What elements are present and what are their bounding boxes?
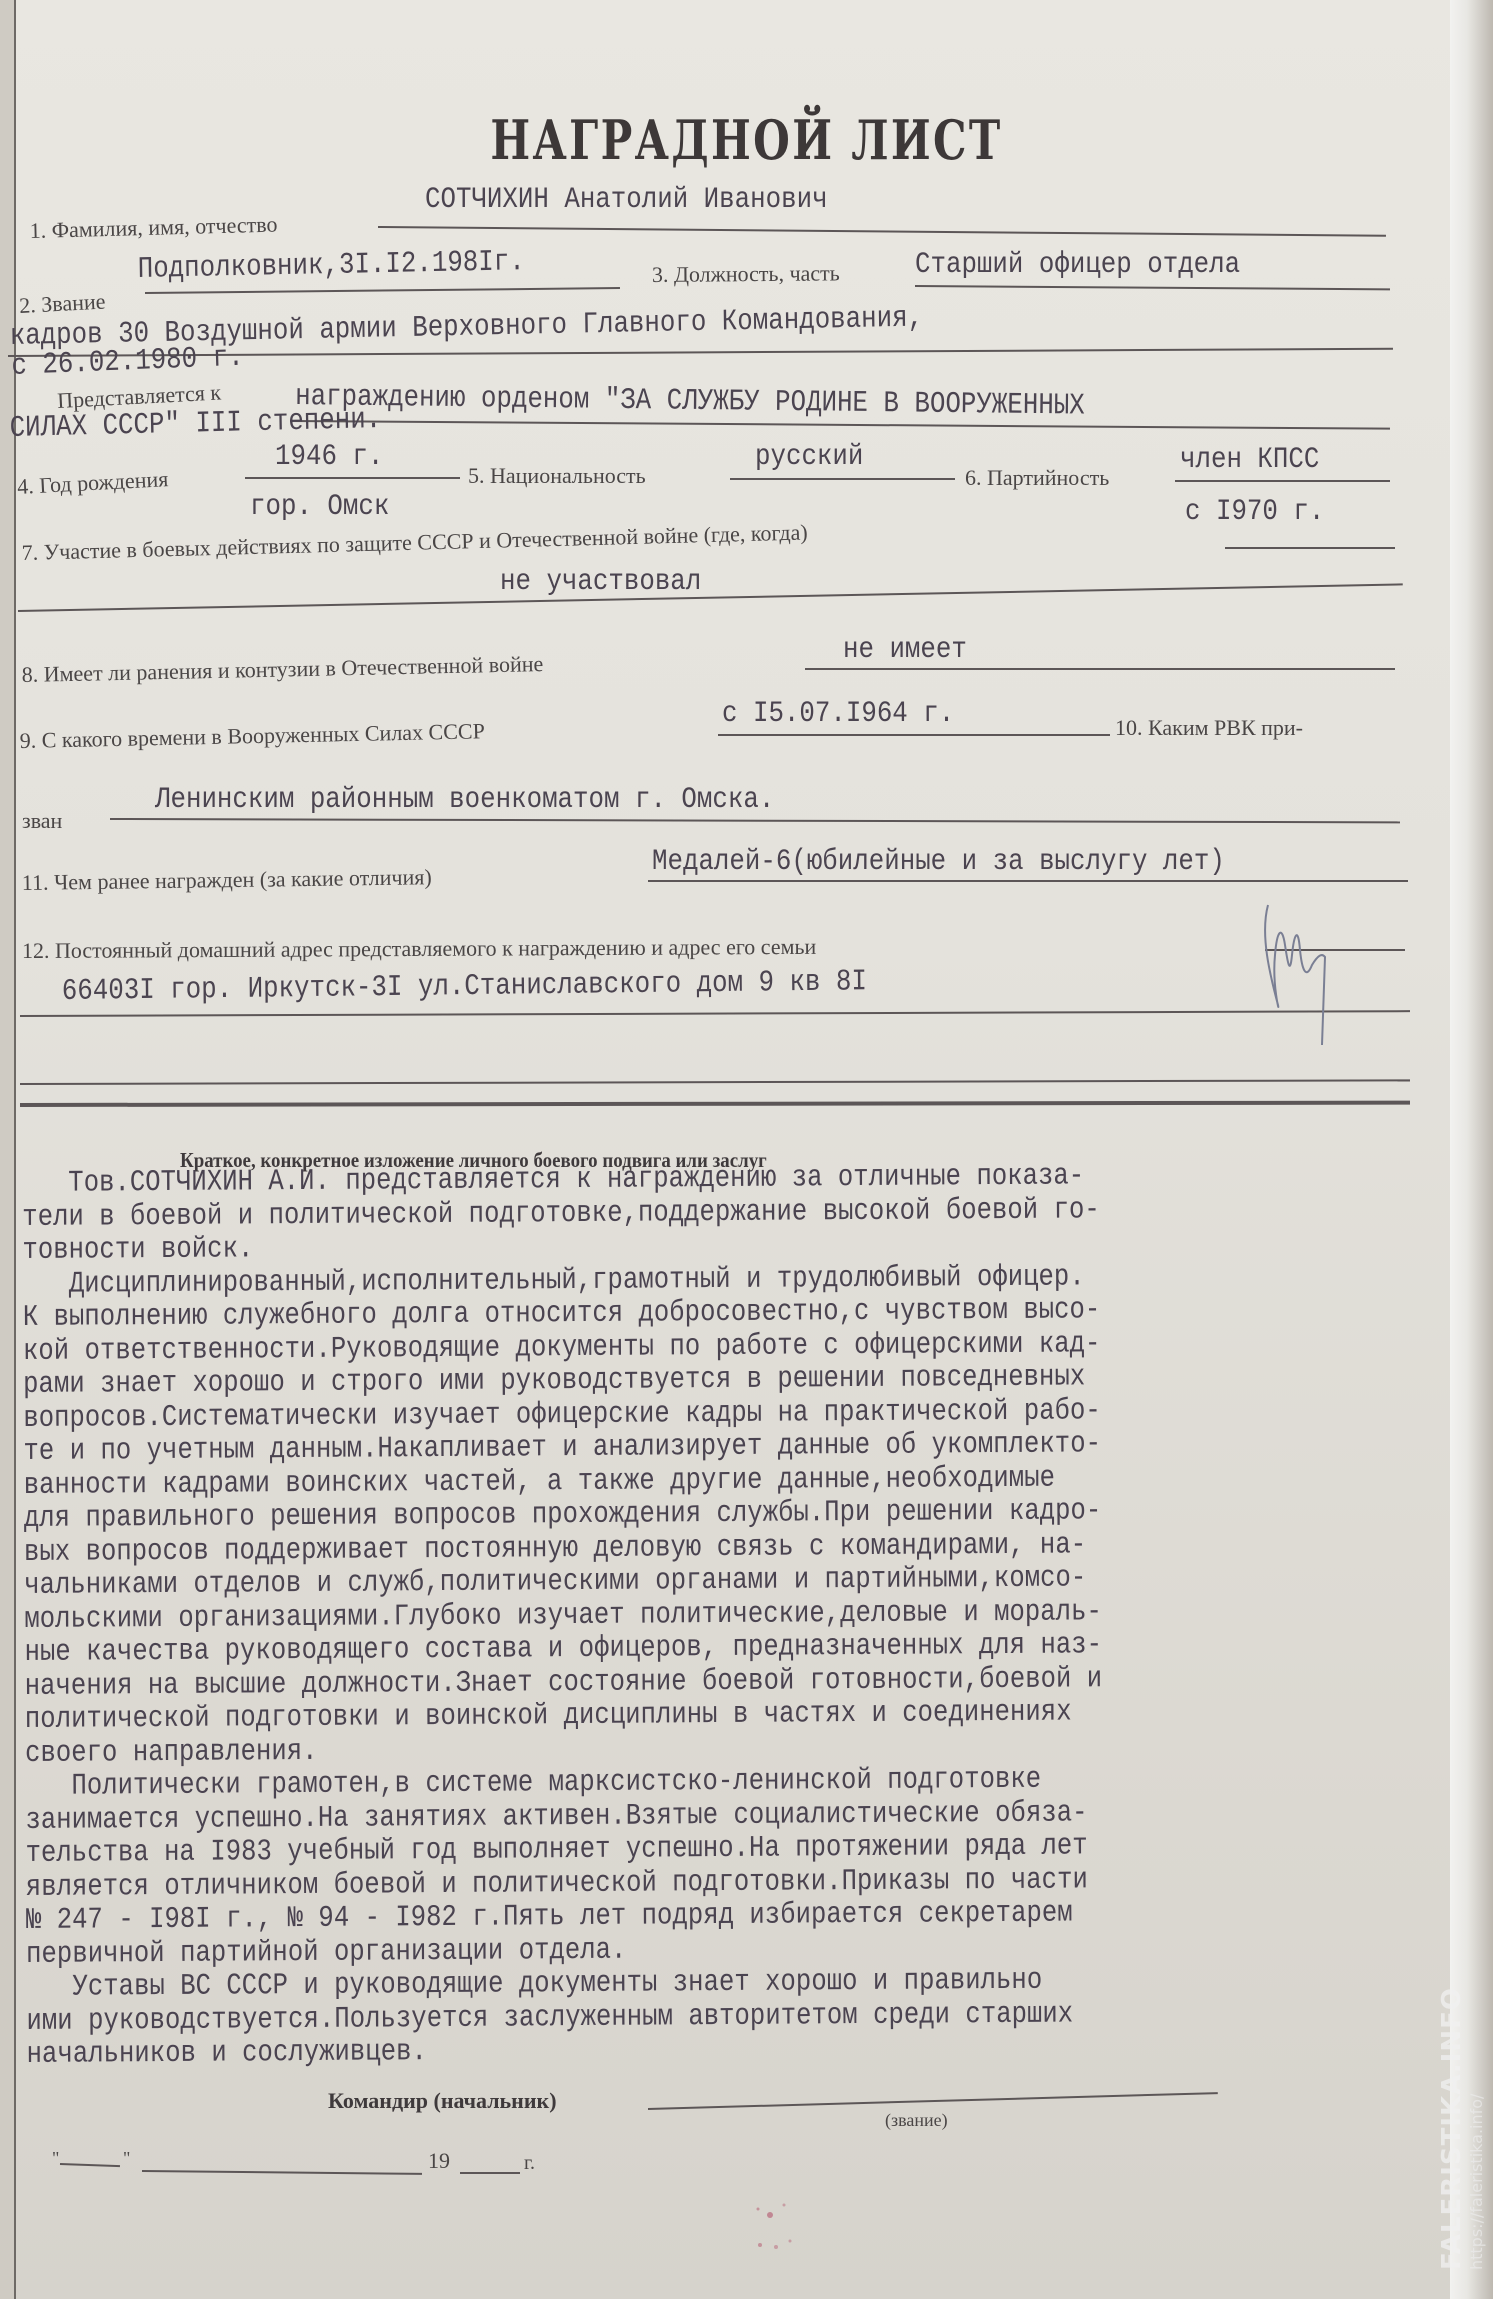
field-11-underline: [648, 880, 1408, 882]
field-4-value: 1946 г.: [275, 440, 383, 474]
commander-label: Командир (начальник): [328, 2088, 557, 2114]
field-9-underline: [718, 734, 1110, 736]
field-11-value: Медалей-6(юбилейные и за выслугу лет): [652, 845, 1225, 879]
page-edge: [1450, 0, 1493, 2299]
field-10-label-cont: зван: [22, 808, 62, 834]
field-6-value-cont: с I970 г.: [1185, 495, 1324, 529]
date-suffix: г.: [524, 2152, 535, 2175]
date-year-line: [460, 2172, 520, 2174]
field-4-value-cont: гор. Омск: [250, 490, 389, 524]
field-9-value: с I5.07.I964 г.: [722, 697, 954, 731]
document-title: НАГРАДНОЙ ЛИСТ: [164, 108, 1329, 172]
watermark-brand: FALERISTIKA.INFO: [1437, 1987, 1467, 2270]
field-6-value: член КПСС: [1180, 443, 1319, 477]
date-century: 19: [428, 2148, 450, 2174]
date-close-quote: ": [123, 2148, 130, 2169]
handwritten-signature: [1250, 895, 1340, 1045]
field-6-label: 6. Партийность: [965, 465, 1109, 491]
field-2-label: 2. Звание: [19, 289, 106, 319]
field-6-underline: [1175, 480, 1390, 482]
field-10-label: 10. Каким РВК при-: [1115, 715, 1303, 741]
date-open-quote: ": [52, 2148, 59, 2169]
field-10-value: Ленинским районным военкоматом г. Омска.: [155, 783, 774, 817]
field-12-label: 12. Постоянный домашний адрес представля…: [22, 934, 817, 964]
field-3-label: 3. Должность, часть: [652, 260, 840, 288]
field-5-label: 5. Национальность: [468, 463, 646, 489]
narrative-text: Тов.СОТЧИХИН А.И. представляется к награ…: [22, 1159, 1266, 2072]
ink-stain: [700, 2195, 840, 2265]
field-3-value: Старший офицер отдела: [915, 248, 1240, 282]
field-8-underline: [805, 668, 1395, 670]
field-4-underline: [245, 477, 460, 479]
field-1-value: СОТЧИХИН Анатолий Иванович: [425, 183, 828, 217]
field-8-value: не имеет: [843, 633, 967, 667]
field-5-underline: [730, 478, 955, 480]
field-7-value: не участвовал: [500, 565, 701, 599]
field-7-underline: [1225, 547, 1395, 549]
rank-label: (звание): [885, 2110, 948, 2131]
field-5-value: русский: [755, 440, 863, 474]
watermark-url: https://faleristika.info/: [1467, 1987, 1486, 2270]
site-watermark: FALERISTIKA.INFO https://faleristika.inf…: [1437, 1987, 1486, 2270]
